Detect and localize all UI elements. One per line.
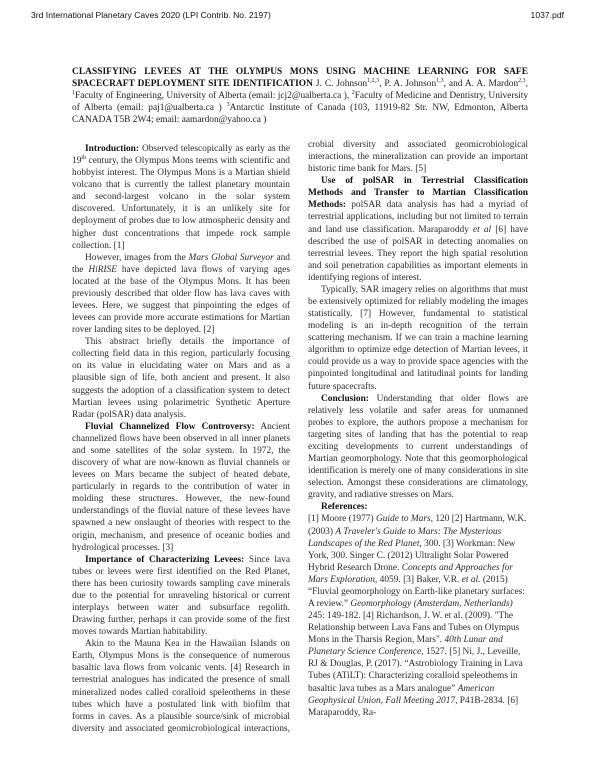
intro-paragraph-1: Introduction: Observed telescopically as… <box>72 143 290 252</box>
conclusion-heading: Conclusion: <box>321 394 369 404</box>
polsar-paragraph-2: Typically, SAR imagery relies on algorit… <box>308 284 528 393</box>
intro-paragraph-2: However, images from the Mars Global Sur… <box>72 252 290 337</box>
author-3-affil: 2,3 <box>518 78 526 84</box>
fluvial-text: Ancient channelized flows have been obse… <box>72 422 290 553</box>
intro2-text-c: have depicted lava flows of varying ages… <box>72 265 290 335</box>
intro-heading: Introduction: <box>85 144 139 154</box>
continuation-paragraph: crobial diversity and associated geomicr… <box>308 139 528 175</box>
references-heading: References: <box>308 501 528 513</box>
polsar-italic: et al <box>473 225 491 235</box>
polsar-paragraph-1: Use of polSAR in Terrestrial Classificat… <box>308 175 528 284</box>
paper-title: CLASSIFYING LEVEES AT THE OLYMPUS MONS U… <box>72 67 528 89</box>
intro2-text-a: However, images from the <box>85 253 189 263</box>
ref-1-italic: Guide to Mars <box>376 514 431 524</box>
references-list: [1] Moore (1977) Guide to Mars, 120 [2] … <box>308 513 528 718</box>
importance-paragraph-2: Akin to the Mauna Kea in the Hawaiian Is… <box>72 638 290 734</box>
ref-3b: 4059. [3] Baker, V.R. <box>377 575 461 585</box>
affiliation-1: Faculty of Engineering, University of Al… <box>75 91 349 101</box>
intro2-italic-2: HiRISE <box>88 265 117 275</box>
importance-paragraph-1: Importance of Characterizing Levees: Sin… <box>72 554 290 639</box>
file-name: 1037.pdf <box>531 10 564 20</box>
ref-1a: [1] Moore (1977) <box>308 514 376 524</box>
intro2-italic-1: Mars Global Surveyor <box>189 253 274 263</box>
ref-3-italic-3: Geomorphology (Amsterdam, Netherlands) <box>350 599 512 609</box>
conference-label: 3rd International Planetary Caves 2020 (… <box>31 10 271 20</box>
author-1-affil: 1,2,3 <box>367 78 379 84</box>
title-block: CLASSIFYING LEVEES AT THE OLYMPUS MONS U… <box>72 66 528 126</box>
right-column: crobial diversity and associated geomicr… <box>308 139 528 719</box>
ref-3-italic-2: et al. <box>462 575 481 585</box>
conclusion-text: Understanding that older flows are relat… <box>308 394 528 501</box>
author-2: P. A. Johnson <box>384 79 436 89</box>
left-column: Introduction: Observed telescopically as… <box>72 143 290 734</box>
conclusion-paragraph: Conclusion: Understanding that older flo… <box>308 393 528 502</box>
author-1: J. C. Johnson <box>316 79 367 89</box>
author-2-affil: 1,3 <box>436 78 444 84</box>
importance-text: Since lava tubes or levees were first id… <box>72 555 290 637</box>
fluvial-heading: Fluvial Channelized Flow Controversy: <box>85 422 255 432</box>
author-3: A. A. Mardon <box>465 79 518 89</box>
fluvial-paragraph: Fluvial Channelized Flow Controversy: An… <box>72 421 290 554</box>
intro-text-b: century, the Olympus Mons teems with sci… <box>72 156 290 251</box>
importance-heading: Importance of Characterizing Levees: <box>85 555 244 565</box>
intro-paragraph-3: This abstract briefly details the import… <box>72 336 290 421</box>
